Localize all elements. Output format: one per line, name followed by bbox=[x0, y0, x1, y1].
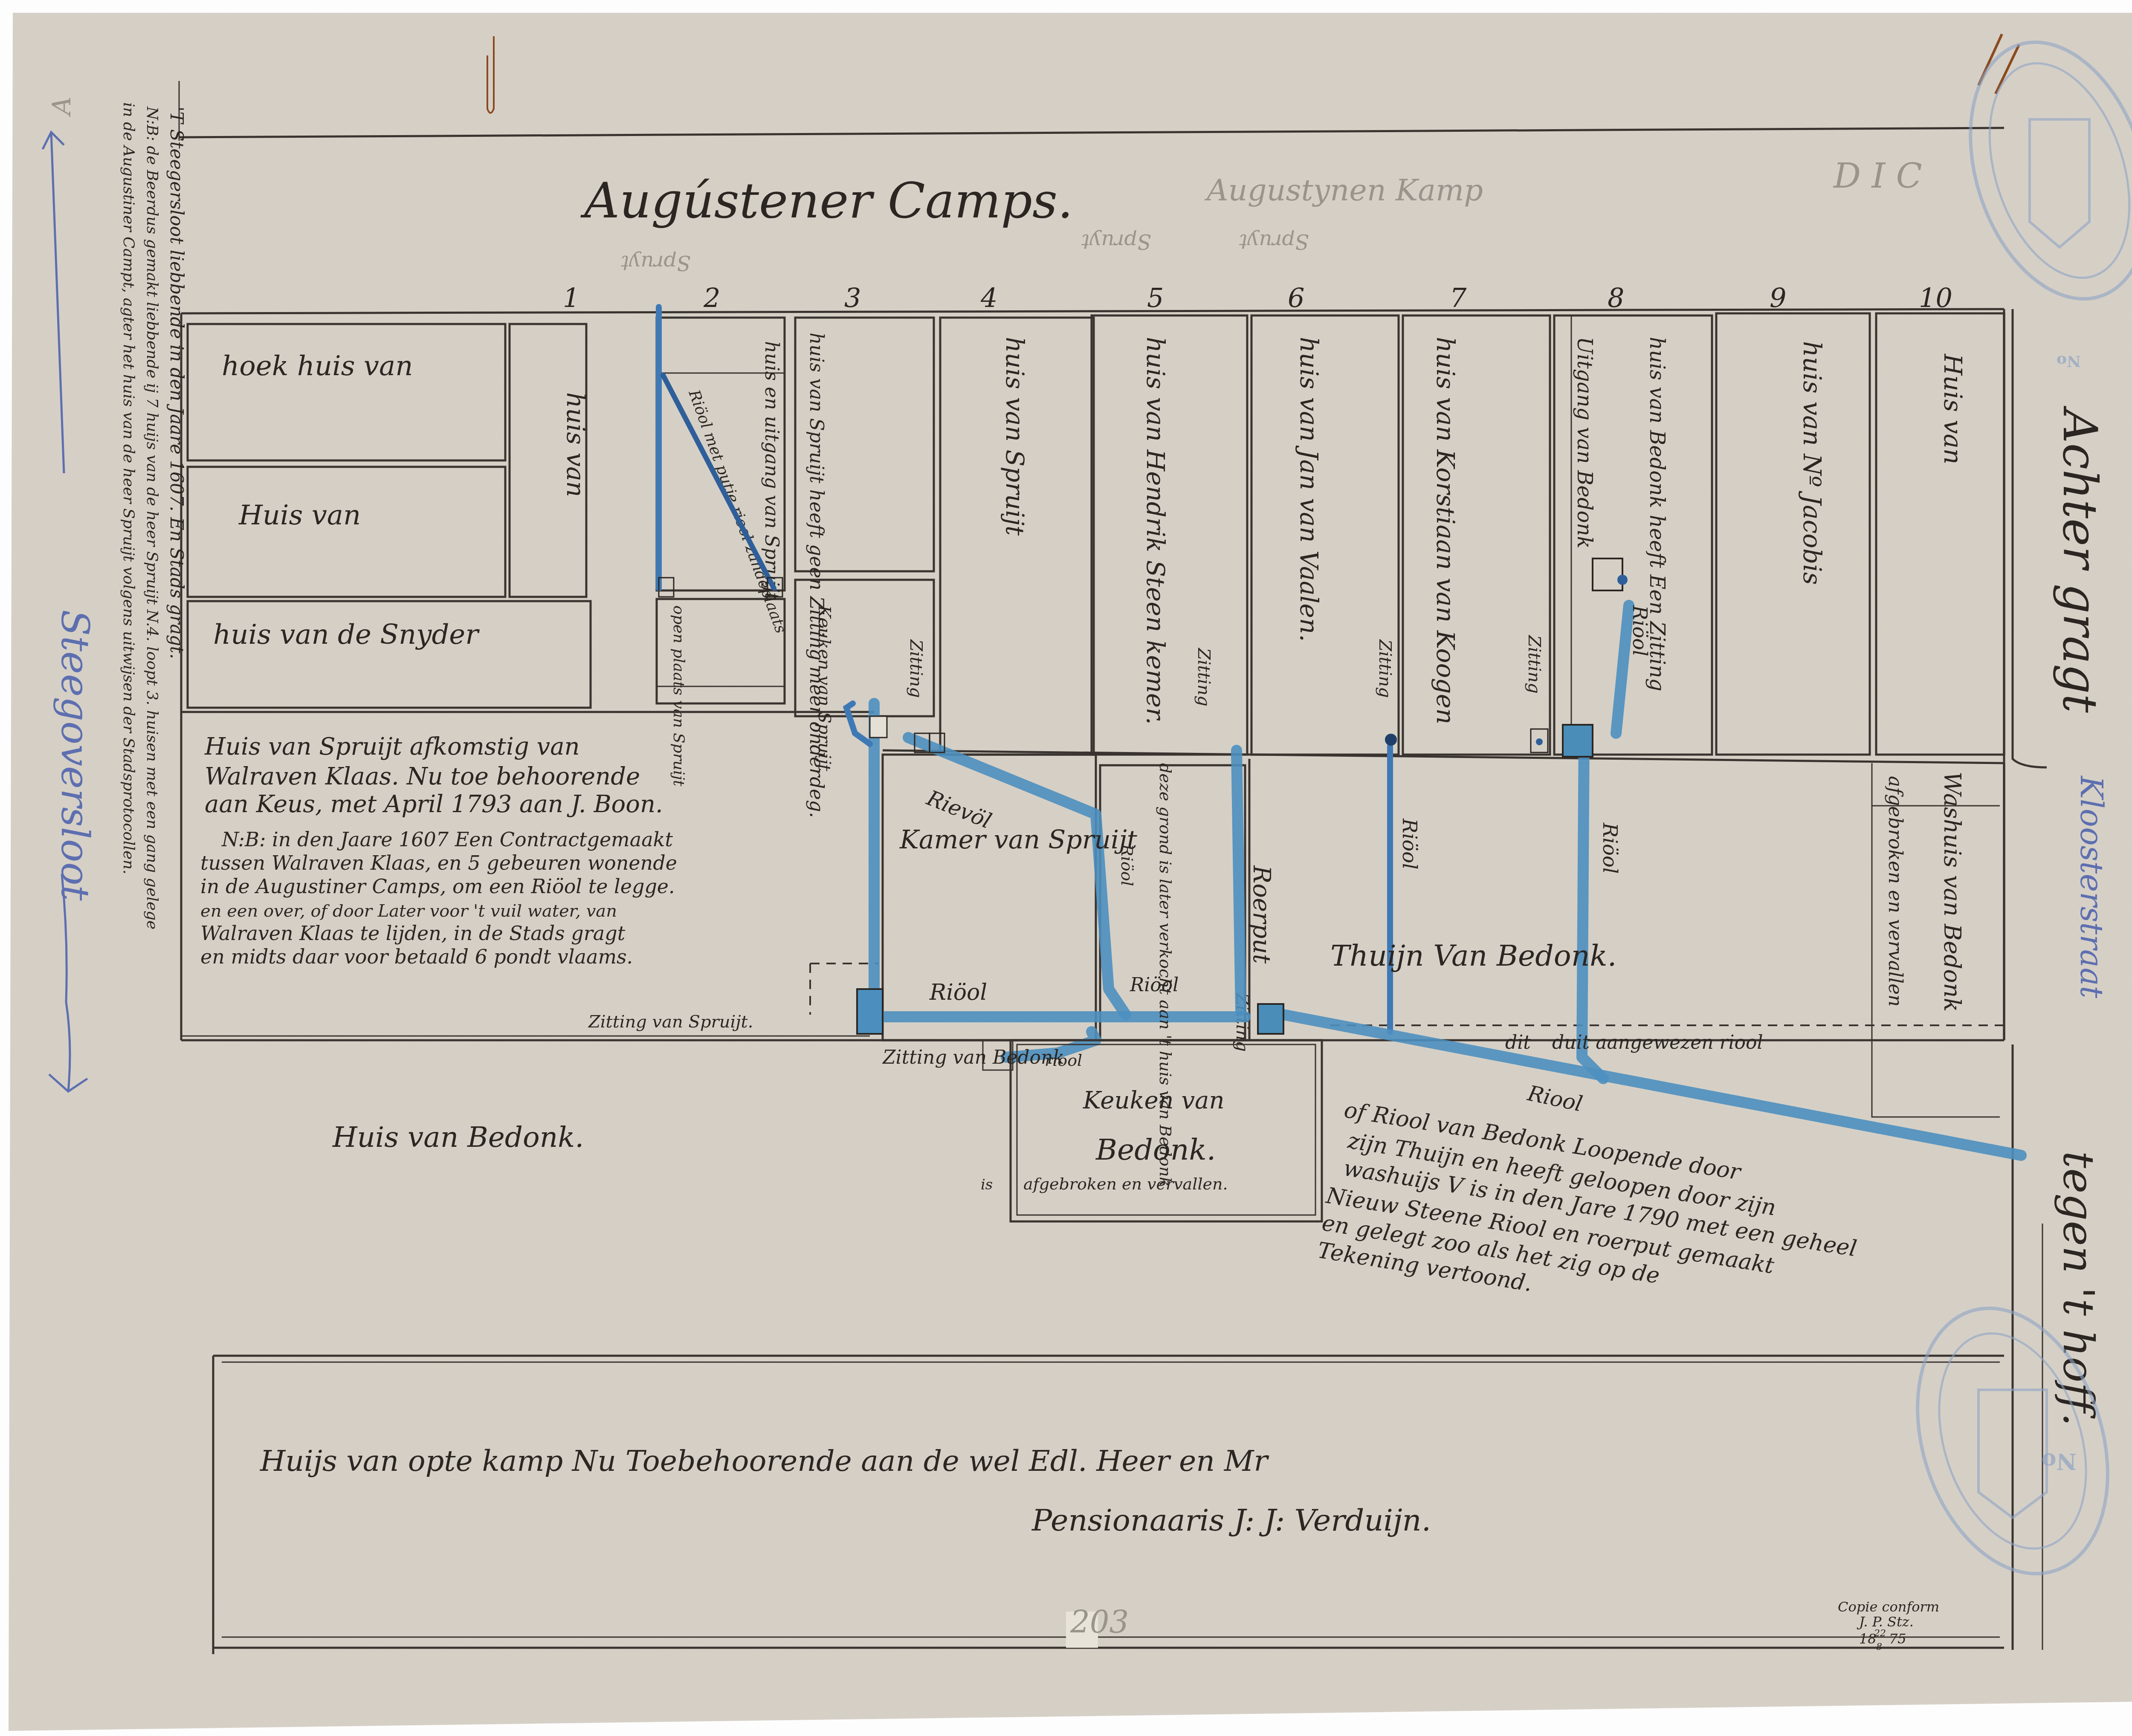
label-washuis: Washuis van Bedonk bbox=[1939, 772, 1966, 1012]
pipe-label: Riöol bbox=[929, 980, 987, 1005]
label-huis-bedonk: Huis van Bedonk. bbox=[332, 1121, 584, 1154]
label-plot-6: huis van Jan van Vaalen. bbox=[1295, 337, 1324, 642]
label-keuken-note: afgebroken en vervallen. bbox=[1023, 1175, 1228, 1193]
label-roerput: Roerput bbox=[1248, 865, 1275, 964]
label-huis-snyder: huis van de Snyder bbox=[213, 619, 480, 651]
label-riool-small: riool bbox=[1045, 1051, 1082, 1070]
note-line: en een over, of door Later voor 't vuil … bbox=[200, 901, 617, 921]
inventory-number: 203 bbox=[1070, 1604, 1129, 1640]
margin-kloosterstraat: Kloosterstraat bbox=[2074, 775, 2109, 999]
label-plot-9: huis van Nº Jacobis bbox=[1798, 341, 1827, 585]
copy-year-suffix: 75 bbox=[1889, 1631, 1906, 1647]
zitting-label: Zitting bbox=[1375, 639, 1395, 698]
label-kamer: Kamer van Spruijt bbox=[899, 825, 1138, 855]
note-line: Huis van Spruijt afkomstig van bbox=[204, 733, 580, 761]
plot-number: 5 bbox=[1147, 282, 1164, 313]
dashed-note-a: dit bbox=[1505, 1032, 1531, 1053]
margin-achter-gragt: Achter gragt bbox=[2053, 405, 2107, 713]
footer-line-1: Huijs van opte kamp Nu Toebehoorende aan… bbox=[259, 1444, 1269, 1478]
margin-steegoversloot: Steegoversloot bbox=[52, 610, 97, 901]
label-hoek-huis: hoek huis van bbox=[222, 350, 413, 382]
pencil-title: Augustynen Kamp bbox=[1204, 173, 1483, 208]
label-open-plaats: open plaats van Spruijt bbox=[670, 605, 687, 787]
copy-line: J. P. Stz. bbox=[1857, 1614, 1914, 1630]
stamp-number-label: No bbox=[2042, 1448, 2077, 1474]
note-line: en midts daar voor betaald 6 pondt vlaam… bbox=[200, 945, 633, 968]
label-zitting-bedonk: Zitting van Bedonk bbox=[882, 1047, 1064, 1068]
plot-number: 4 bbox=[980, 282, 997, 313]
note-line: N:B: in den Jaare 1607 Een Contractgemaa… bbox=[221, 828, 673, 851]
label-plot-10: Huis van bbox=[1938, 353, 1967, 464]
note-line: Walraven Klaas te lijden, in de Stads gr… bbox=[200, 922, 626, 945]
label-plot-4: huis van Spruijt bbox=[1000, 337, 1029, 536]
pipe-label: Riöol bbox=[1118, 844, 1136, 886]
label-keuken-spruijt: Keuken van Spruijt bbox=[814, 605, 834, 772]
pencil-note: Spruyt bbox=[620, 251, 691, 275]
pipe-label: Riöol bbox=[1628, 605, 1651, 656]
zitting-label: Zitting bbox=[906, 639, 926, 698]
copy-month: 8 bbox=[1876, 1642, 1882, 1652]
label-plot-7: huis van Korstiaan van Koogen bbox=[1431, 337, 1460, 724]
plot-number: 1 bbox=[563, 282, 579, 313]
copy-line: Copie conform bbox=[1838, 1599, 1939, 1615]
note-line: aan Keus, met April 1793 aan J. Boon. bbox=[205, 790, 663, 818]
note-line: in de Augustiner Camps, om een Riöol te … bbox=[200, 875, 675, 898]
stamp-number-label: No bbox=[2057, 352, 2081, 370]
map-canvas: Augústener Camps. Augustynen Kamp D I C … bbox=[0, 0, 2132, 1736]
plot-number: 2 bbox=[703, 282, 720, 313]
margin-note-line: in de Augustiner Campt, agter het huis v… bbox=[120, 102, 137, 874]
pipe-label: Riöol bbox=[1398, 818, 1421, 869]
zitting-label: Zitting bbox=[1524, 634, 1544, 694]
plot-number: 6 bbox=[1288, 282, 1304, 313]
corner-letter: A bbox=[47, 97, 77, 117]
label-plot-1: huis van bbox=[561, 392, 590, 497]
margin-note-line: N:B: de Beerdus gemakt liebbende ij 7 hu… bbox=[143, 106, 161, 929]
label-keuken-name: Bedonk. bbox=[1095, 1133, 1216, 1167]
pencil-note: Spruyt bbox=[1239, 229, 1309, 253]
map-sheet: Augústener Camps. Augustynen Kamp D I C … bbox=[0, 0, 2132, 1736]
zitting-label: Zitting bbox=[1194, 647, 1214, 706]
label-huis-van: Huis van bbox=[238, 500, 361, 531]
label-keuken-title: Keuken van bbox=[1083, 1087, 1225, 1114]
label-plot-5: huis van Hendrik Steen kemer. bbox=[1141, 337, 1170, 725]
note-line: tussen Walraven Klaas, en 5 gebeuren won… bbox=[200, 851, 677, 874]
copy-day: 22 bbox=[1874, 1628, 1886, 1639]
label-plot-8-uitgang: Uitgang van Bedonk bbox=[1573, 337, 1596, 549]
plot-number: 3 bbox=[844, 282, 861, 313]
pipe-label: Riöol bbox=[1599, 822, 1622, 874]
note-line: Walraven Klaas. Nu toe behoorende bbox=[205, 763, 640, 790]
dashed-note-b: duit aangewezen riool bbox=[1552, 1032, 1763, 1053]
plot-number: 8 bbox=[1608, 282, 1624, 313]
margin-note-line: 'T Steegersloot liebbende in den Jaare 1… bbox=[166, 107, 187, 659]
label-washuis-sub: afgebroken en vervallen bbox=[1884, 776, 1906, 1007]
pencil-note: Spruyt bbox=[1081, 229, 1151, 253]
plot-number: 7 bbox=[1450, 282, 1467, 313]
footer-line-2: Pensionaaris J: J: Verduijn. bbox=[1031, 1503, 1431, 1538]
label-later-verkocht: deze grond is later verkocht aan 't huis… bbox=[1156, 763, 1175, 1186]
note-signature: Zitting van Spruijt. bbox=[588, 1012, 753, 1032]
archive-code: D I C bbox=[1833, 156, 1922, 196]
map-title: Augústener Camps. bbox=[580, 172, 1073, 229]
label-thuijn: Thuijn Van Bedonk. bbox=[1330, 939, 1616, 973]
label-keuken-prefix: is bbox=[981, 1176, 993, 1193]
